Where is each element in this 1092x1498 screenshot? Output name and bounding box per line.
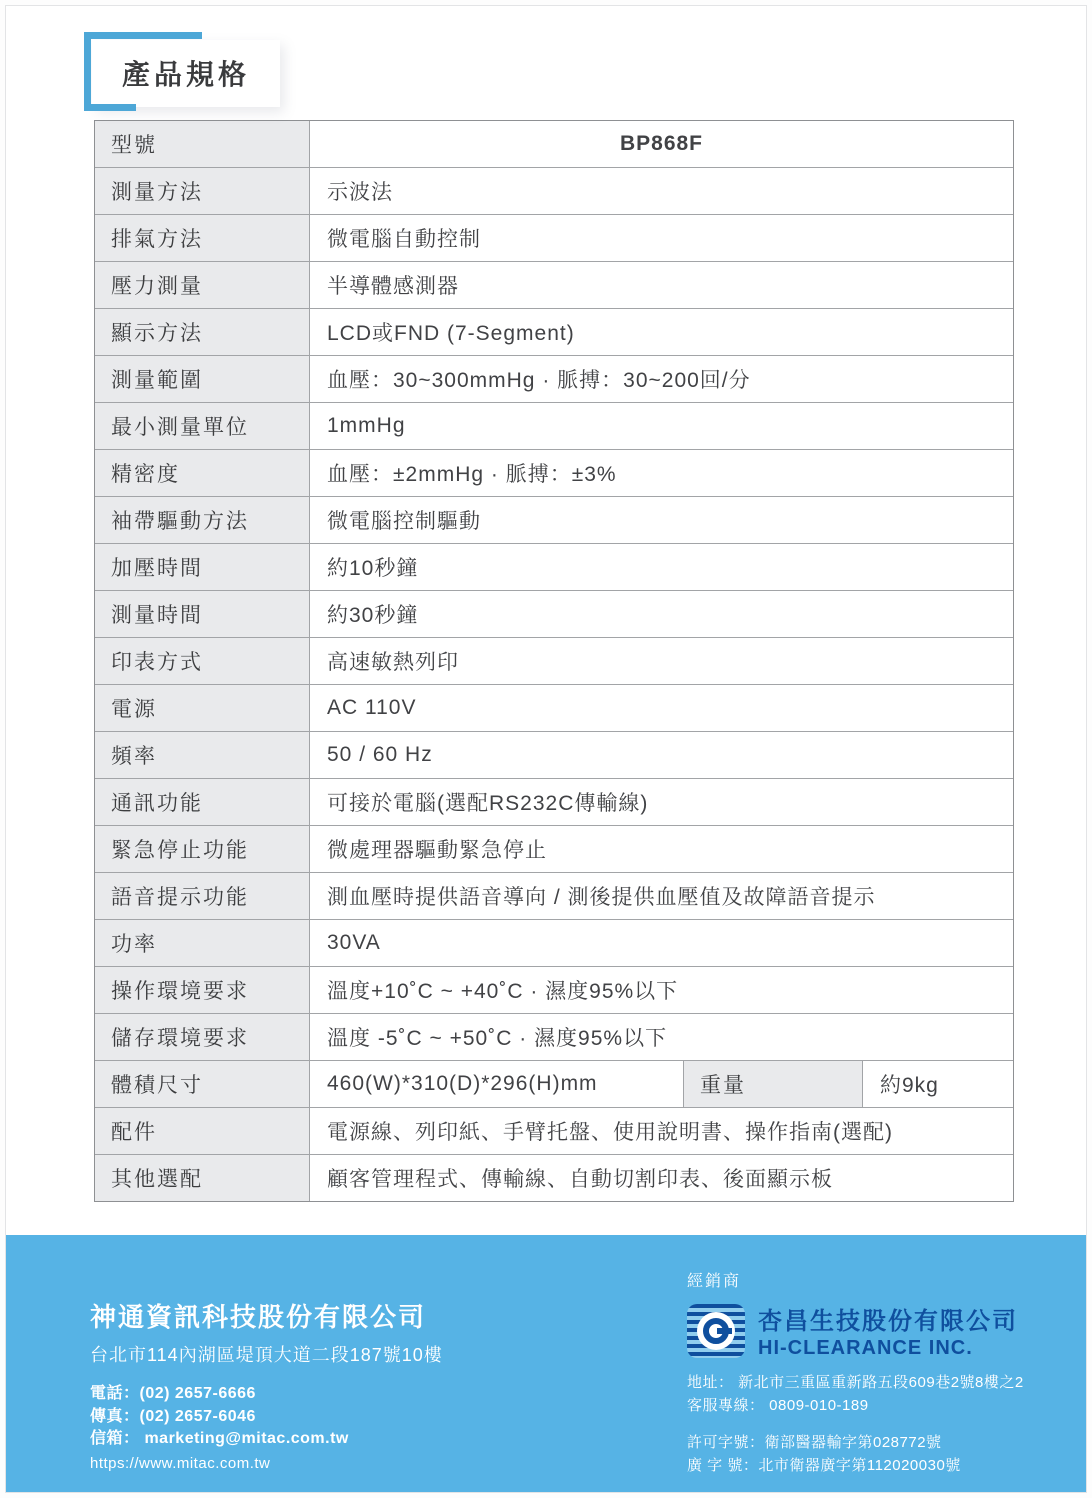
spec-label: 操作環境要求 bbox=[95, 967, 310, 1013]
distributor-name-en: HI-CLEARANCE INC. bbox=[758, 1337, 1018, 1360]
spec-value: LCD或FND (7-Segment) bbox=[310, 309, 1013, 355]
spec-row: 加壓時間約10秒鐘 bbox=[95, 544, 1013, 591]
spec-value: 電源線、列印紙、手臂托盤、使用說明書、操作指南(選配) bbox=[310, 1108, 1013, 1154]
footer: 神通資訊科技股份有限公司 台北市114內湖區堤頂大道二段187號10樓 電話：(… bbox=[6, 1235, 1086, 1492]
spec-value: 顧客管理程式、傳輸線、自動切割印表、後面顯示板 bbox=[310, 1155, 1013, 1201]
spec-row: 通訊功能可接於電腦(選配RS232C傳輸線) bbox=[95, 779, 1013, 826]
spec-row: 顯示方法LCD或FND (7-Segment) bbox=[95, 309, 1013, 356]
distributor-license-lines: 許可字號：衛部醫器輸字第028772號 廣 字 號：北市衛器廣字第1120200… bbox=[687, 1431, 1024, 1478]
logo-g-glyph bbox=[703, 1318, 729, 1344]
spec-row: 型號BP868F bbox=[95, 121, 1013, 168]
spec-row: 測量方法示波法 bbox=[95, 168, 1013, 215]
spec-value: 溫度 -5˚C ~ +50˚C · 濕度95%以下 bbox=[310, 1014, 1013, 1060]
spec-row: 精密度血壓：±2mmHg · 脈搏：±3% bbox=[95, 450, 1013, 497]
spec-row: 緊急停止功能微處理器驅動緊急停止 bbox=[95, 826, 1013, 873]
manufacturer-contact-lines: 電話：(02) 2657-6666 傳真：(02) 2657-6046 信箱： … bbox=[90, 1383, 443, 1474]
spec-label: 通訊功能 bbox=[95, 779, 310, 825]
spec-label: 加壓時間 bbox=[95, 544, 310, 590]
distributor-label: 經銷商 bbox=[687, 1268, 1024, 1291]
spec-label: 排氣方法 bbox=[95, 215, 310, 261]
manufacturer-block: 神通資訊科技股份有限公司 台北市114內湖區堤頂大道二段187號10樓 電話：(… bbox=[90, 1297, 443, 1474]
spec-label: 顯示方法 bbox=[95, 309, 310, 355]
title-accent-bracket-top bbox=[84, 32, 202, 39]
page-title-block: 產品規格 bbox=[92, 40, 280, 107]
spec-value: AC 110V bbox=[310, 685, 1013, 731]
spec-value: 50 / 60 Hz bbox=[310, 732, 1013, 778]
spec-value: 高速敏熱列印 bbox=[310, 638, 1013, 684]
spec-row: 排氣方法微電腦自動控制 bbox=[95, 215, 1013, 262]
spec-row: 測量範圍血壓：30~300mmHg · 脈搏：30~200回/分 bbox=[95, 356, 1013, 403]
title-accent-bracket-left bbox=[84, 32, 91, 111]
spec-row: 測量時間約30秒鐘 bbox=[95, 591, 1013, 638]
spec-value: 1mmHg bbox=[310, 403, 1013, 449]
spec-label: 精密度 bbox=[95, 450, 310, 496]
spec-row: 功率30VA bbox=[95, 920, 1013, 967]
manufacturer-address: 台北市114內湖區堤頂大道二段187號10樓 bbox=[90, 1341, 443, 1367]
spec-label: 頻率 bbox=[95, 732, 310, 778]
ad-number-line: 廣 字 號：北市衛器廣字第112020030號 bbox=[687, 1454, 1024, 1477]
spec-value: 溫度+10˚C ~ +40˚C · 濕度95%以下 bbox=[310, 967, 1013, 1013]
distributor-logo: 杏昌生技股份有限公司 HI-CLEARANCE INC. bbox=[687, 1301, 1024, 1360]
fax-line: 傳真：(02) 2657-6046 bbox=[90, 1406, 443, 1429]
spec-label: 配件 bbox=[95, 1108, 310, 1154]
distributor-hotline-line: 客服專線： 0809-010-189 bbox=[687, 1394, 1024, 1417]
spec-sheet-page: 產品規格 型號BP868F測量方法示波法排氣方法微電腦自動控制壓力測量半導體感測… bbox=[5, 5, 1087, 1493]
spec-label: 壓力測量 bbox=[95, 262, 310, 308]
distributor-contact-lines: 地址： 新北市三重區重新路五段609巷2號8樓之2 客服專線： 0809-010… bbox=[687, 1371, 1024, 1418]
spec-value: 測血壓時提供語音導向 / 測後提供血壓值及故障語音提示 bbox=[310, 873, 1013, 919]
spec-label-secondary: 重量 bbox=[683, 1061, 863, 1107]
spec-row: 體積尺寸460(W)*310(D)*296(H)mm重量約9kg bbox=[95, 1061, 1013, 1108]
spec-row: 電源AC 110V bbox=[95, 685, 1013, 732]
spec-label: 印表方式 bbox=[95, 638, 310, 684]
spec-row: 語音提示功能測血壓時提供語音導向 / 測後提供血壓值及故障語音提示 bbox=[95, 873, 1013, 920]
spec-value: 示波法 bbox=[310, 168, 1013, 214]
license-number-line: 許可字號：衛部醫器輸字第028772號 bbox=[687, 1431, 1024, 1454]
spec-value: 微電腦自動控制 bbox=[310, 215, 1013, 261]
spec-label: 最小測量單位 bbox=[95, 403, 310, 449]
spec-row: 頻率50 / 60 Hz bbox=[95, 732, 1013, 779]
distributor-names: 杏昌生技股份有限公司 HI-CLEARANCE INC. bbox=[758, 1301, 1018, 1360]
spec-row: 印表方式高速敏熱列印 bbox=[95, 638, 1013, 685]
distributor-name-zh: 杏昌生技股份有限公司 bbox=[758, 1301, 1018, 1336]
spec-row: 最小測量單位1mmHg bbox=[95, 403, 1013, 450]
spec-value: BP868F bbox=[310, 121, 1013, 167]
spec-value: 約30秒鐘 bbox=[310, 591, 1013, 637]
spec-row: 儲存環境要求溫度 -5˚C ~ +50˚C · 濕度95%以下 bbox=[95, 1014, 1013, 1061]
spec-label: 體積尺寸 bbox=[95, 1061, 310, 1107]
spec-label: 袖帶驅動方法 bbox=[95, 497, 310, 543]
spec-row: 壓力測量半導體感測器 bbox=[95, 262, 1013, 309]
spec-label: 測量範圍 bbox=[95, 356, 310, 402]
spec-value: 460(W)*310(D)*296(H)mm bbox=[310, 1061, 683, 1107]
title-accent-bracket-foot bbox=[84, 104, 136, 111]
spec-value: 可接於電腦(選配RS232C傳輸線) bbox=[310, 779, 1013, 825]
spec-value: 血壓：±2mmHg · 脈搏：±3% bbox=[310, 450, 1013, 496]
spec-value-secondary: 約9kg bbox=[863, 1061, 1013, 1107]
manufacturer-name: 神通資訊科技股份有限公司 bbox=[90, 1297, 443, 1334]
spec-label: 測量時間 bbox=[95, 591, 310, 637]
spec-label: 功率 bbox=[95, 920, 310, 966]
website-link: https://www.mitac.com.tw bbox=[90, 1453, 443, 1474]
spec-row: 其他選配顧客管理程式、傳輸線、自動切割印表、後面顯示板 bbox=[95, 1155, 1013, 1201]
distributor-address-line: 地址： 新北市三重區重新路五段609巷2號8樓之2 bbox=[687, 1371, 1024, 1394]
phone-line: 電話：(02) 2657-6666 bbox=[90, 1383, 443, 1406]
spec-label: 其他選配 bbox=[95, 1155, 310, 1201]
spec-label: 緊急停止功能 bbox=[95, 826, 310, 872]
spec-label: 測量方法 bbox=[95, 168, 310, 214]
spec-value: 血壓：30~300mmHg · 脈搏：30~200回/分 bbox=[310, 356, 1013, 402]
spec-row: 袖帶驅動方法微電腦控制驅動 bbox=[95, 497, 1013, 544]
spec-row: 操作環境要求溫度+10˚C ~ +40˚C · 濕度95%以下 bbox=[95, 967, 1013, 1014]
spec-value: 微電腦控制驅動 bbox=[310, 497, 1013, 543]
spec-label: 儲存環境要求 bbox=[95, 1014, 310, 1060]
spec-row: 配件電源線、列印紙、手臂托盤、使用說明書、操作指南(選配) bbox=[95, 1108, 1013, 1155]
spec-value: 約10秒鐘 bbox=[310, 544, 1013, 590]
spec-value: 30VA bbox=[310, 920, 1013, 966]
spec-label: 語音提示功能 bbox=[95, 873, 310, 919]
spec-label: 型號 bbox=[95, 121, 310, 167]
hi-clearance-logo-icon bbox=[687, 1304, 745, 1358]
spec-table: 型號BP868F測量方法示波法排氣方法微電腦自動控制壓力測量半導體感測器顯示方法… bbox=[94, 120, 1014, 1202]
spec-value: 半導體感測器 bbox=[310, 262, 1013, 308]
distributor-block: 經銷商 杏昌生技股份有限公司 HI-CLEARANCE INC. 地址： 新北市… bbox=[687, 1268, 1024, 1477]
spec-label: 電源 bbox=[95, 685, 310, 731]
page-title: 產品規格 bbox=[92, 40, 280, 107]
spec-value: 微處理器驅動緊急停止 bbox=[310, 826, 1013, 872]
email-line: 信箱： marketing@mitac.com.tw bbox=[90, 1428, 443, 1451]
